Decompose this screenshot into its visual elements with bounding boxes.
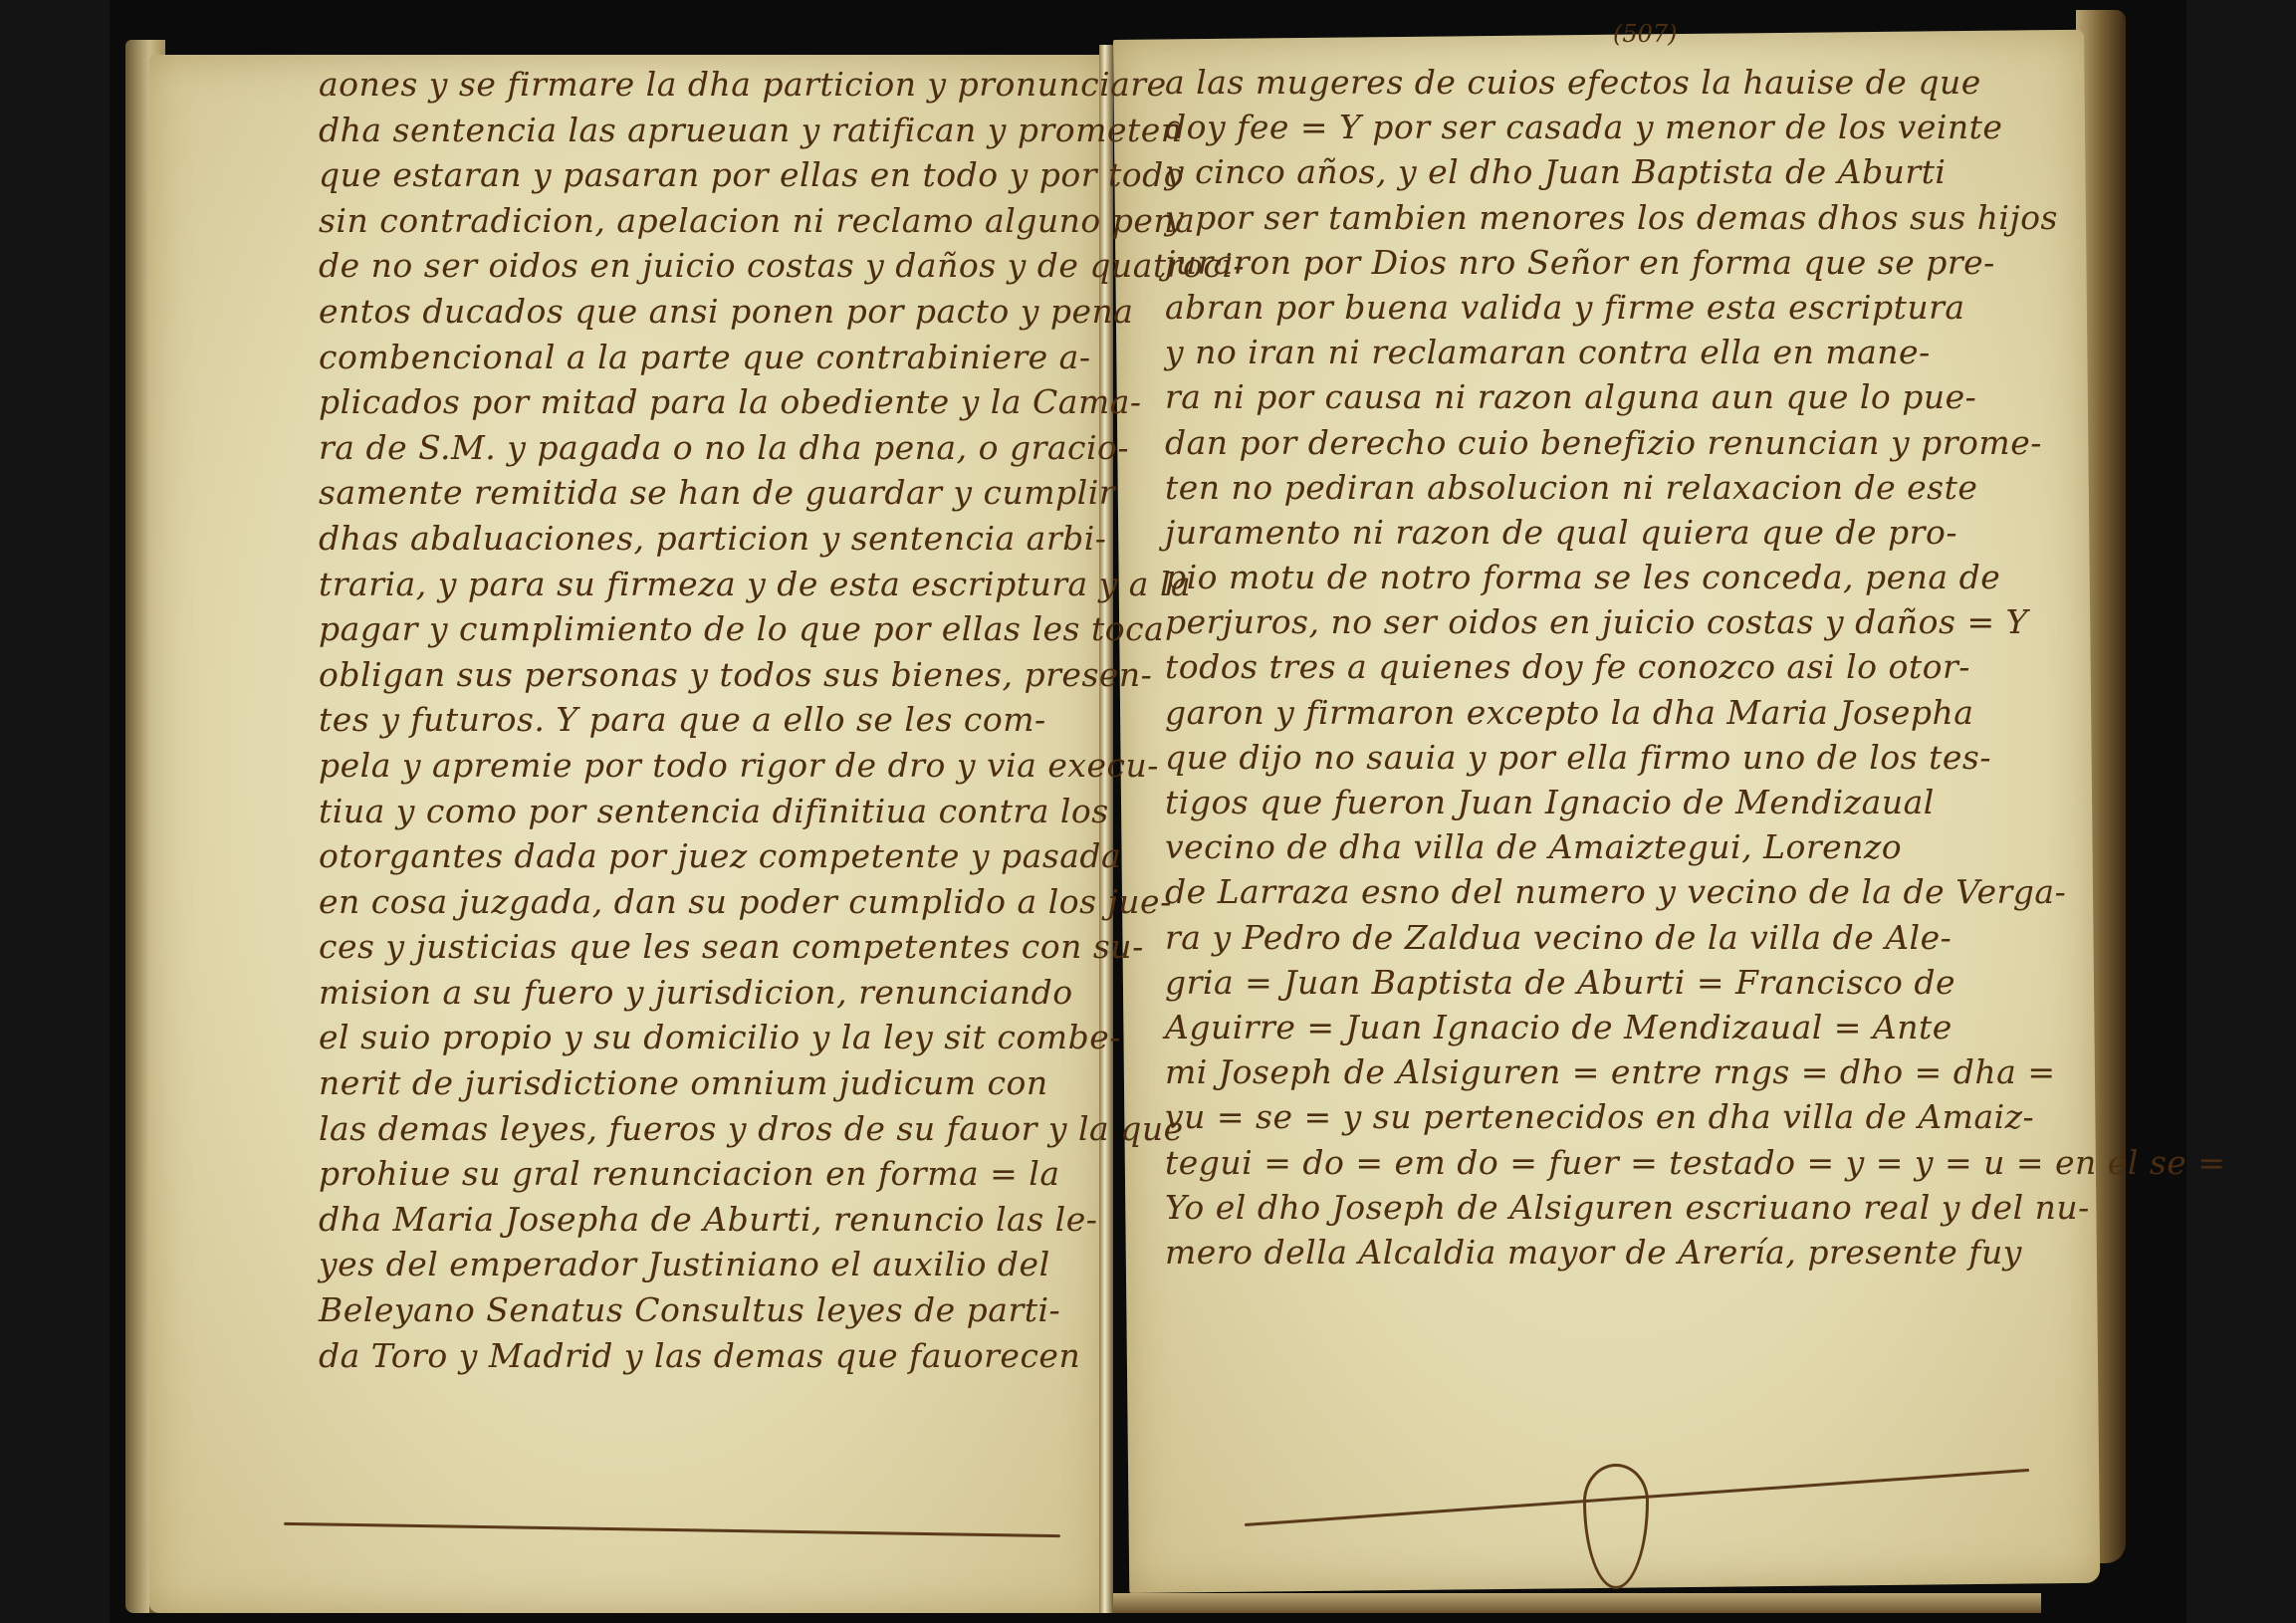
manuscript-line: y no iran ni reclamaran contra ella en m… [1165, 330, 2041, 374]
manuscript-line: garon y firmaron excepto la dha Maria Jo… [1165, 690, 2041, 735]
manuscript-line: sin contradicion, apelacion ni reclamo a… [319, 198, 1095, 244]
manuscript-line: nerit de jurisdictione omnium judicum co… [319, 1060, 1095, 1106]
manuscript-line: traria, y para su firmeza y de esta escr… [319, 562, 1095, 607]
manuscript-line: tegui = do = em do = fuer = testado = y … [1165, 1140, 2041, 1185]
manuscript-line: doy fee = Y por ser casada y menor de lo… [1165, 105, 2041, 149]
folio-number: (507) [1613, 20, 1678, 48]
manuscript-line: todos tres a quienes doy fe conozco asi … [1165, 644, 2041, 689]
manuscript-line: juraron por Dios nro Señor en forma que … [1165, 240, 2041, 285]
left-page-text: aones y se firmare la dha particion y pr… [319, 62, 1095, 1378]
manuscript-line: aones y se firmare la dha particion y pr… [319, 62, 1095, 108]
manuscript-line: mi Joseph de Alsiguren = entre rngs = dh… [1165, 1049, 2041, 1094]
manuscript-line: de no ser oidos en juicio costas y daños… [319, 243, 1095, 289]
left-side-bar [0, 0, 110, 1623]
manuscript-line: vecino de dha villa de Amaiztegui, Loren… [1165, 824, 2041, 869]
manuscript-line: tes y futuros. Y para que a ello se les … [319, 697, 1095, 743]
manuscript-line: pela y apremie por todo rigor de dro y v… [319, 743, 1095, 789]
manuscript-line: ra y Pedro de Zaldua vecino de la villa … [1165, 915, 2041, 960]
manuscript-line: Beleyano Senatus Consultus leyes de part… [319, 1287, 1095, 1333]
manuscript-line: dhas abaluaciones, particion y sentencia… [319, 516, 1095, 562]
manuscript-line: dha Maria Josepha de Aburti, renuncio la… [319, 1197, 1095, 1243]
manuscript-line: combencional a la parte que contrabinier… [319, 335, 1095, 380]
manuscript-line: da Toro y Madrid y las demas que fauorec… [319, 1333, 1095, 1379]
manuscript-line: a las mugeres de cuios efectos la hauise… [1165, 60, 2041, 105]
manuscript-line: samente remitida se han de guardar y cum… [319, 470, 1095, 516]
manuscript-line: mero della Alcaldia mayor de Arería, pre… [1165, 1230, 2041, 1275]
manuscript-line: ra ni por causa ni razon alguna aun que … [1165, 374, 2041, 419]
manuscript-line: las demas leyes, fueros y dros de su fau… [319, 1106, 1095, 1152]
manuscript-line: ten no pediran absolucion ni relaxacion … [1165, 465, 2041, 510]
manuscript-line: que estaran y pasaran por ellas en todo … [319, 152, 1095, 198]
manuscript-line: y por ser tambien menores los demas dhos… [1165, 195, 2041, 240]
manuscript-line: pagar y cumplimiento de lo que por ellas… [319, 606, 1095, 652]
manuscript-line: el suio propio y su domicilio y la ley s… [319, 1015, 1095, 1060]
manuscript-line: tigos que fueron Juan Ignacio de Mendiza… [1165, 780, 2041, 824]
manuscript-line: que dijo no sauia y por ella firmo uno d… [1165, 735, 2041, 780]
manuscript-line: obligan sus personas y todos sus bienes,… [319, 652, 1095, 698]
right-side-bar [2186, 0, 2296, 1623]
manuscript-line: tiua y como por sentencia difinitiua con… [319, 789, 1095, 834]
manuscript-line: dha sentencia las aprueuan y ratifican y… [319, 108, 1095, 153]
manuscript-line: yes del emperador Justiniano el auxilio … [319, 1242, 1095, 1287]
manuscript-line: gria = Juan Baptista de Aburti = Francis… [1165, 960, 2041, 1005]
manuscript-line: otorgantes dada por juez competente y pa… [319, 833, 1095, 879]
manuscript-line: ra de S.M. y pagada o no la dha pena, o … [319, 425, 1095, 471]
manuscript-line: abran por buena valida y firme esta escr… [1165, 285, 2041, 330]
manuscript-line: Yo el dho Joseph de Alsiguren escriuano … [1165, 1185, 2041, 1230]
right-page-text: a las mugeres de cuios efectos la hauise… [1165, 60, 2041, 1275]
manuscript-line: juramento ni razon de qual quiera que de… [1165, 510, 2041, 555]
manuscript-line: plicados por mitad para la obediente y l… [319, 379, 1095, 425]
manuscript-line: y cinco años, y el dho Juan Baptista de … [1165, 149, 2041, 194]
manuscript-line: en cosa juzgada, dan su poder cumplido a… [319, 879, 1095, 925]
manuscript-line: perjuros, no ser oidos en juicio costas … [1165, 599, 2041, 644]
manuscript-line: pio motu de notro forma se les conceda, … [1165, 555, 2041, 599]
manuscript-line: Aguirre = Juan Ignacio de Mendizaual = A… [1165, 1005, 2041, 1049]
manuscript-line: mision a su fuero y jurisdicion, renunci… [319, 970, 1095, 1016]
manuscript-line: prohiue su gral renunciacion en forma = … [319, 1151, 1095, 1197]
manuscript-line: vu = se = y su pertenecidos en dha villa… [1165, 1094, 2041, 1139]
manuscript-line: dan por derecho cuio benefizio renuncian… [1165, 420, 2041, 465]
manuscript-line: de Larraza esno del numero y vecino de l… [1165, 869, 2041, 914]
manuscript-line: entos ducados que ansi ponen por pacto y… [319, 289, 1095, 335]
manuscript-line: ces y justicias que les sean competentes… [319, 924, 1095, 970]
